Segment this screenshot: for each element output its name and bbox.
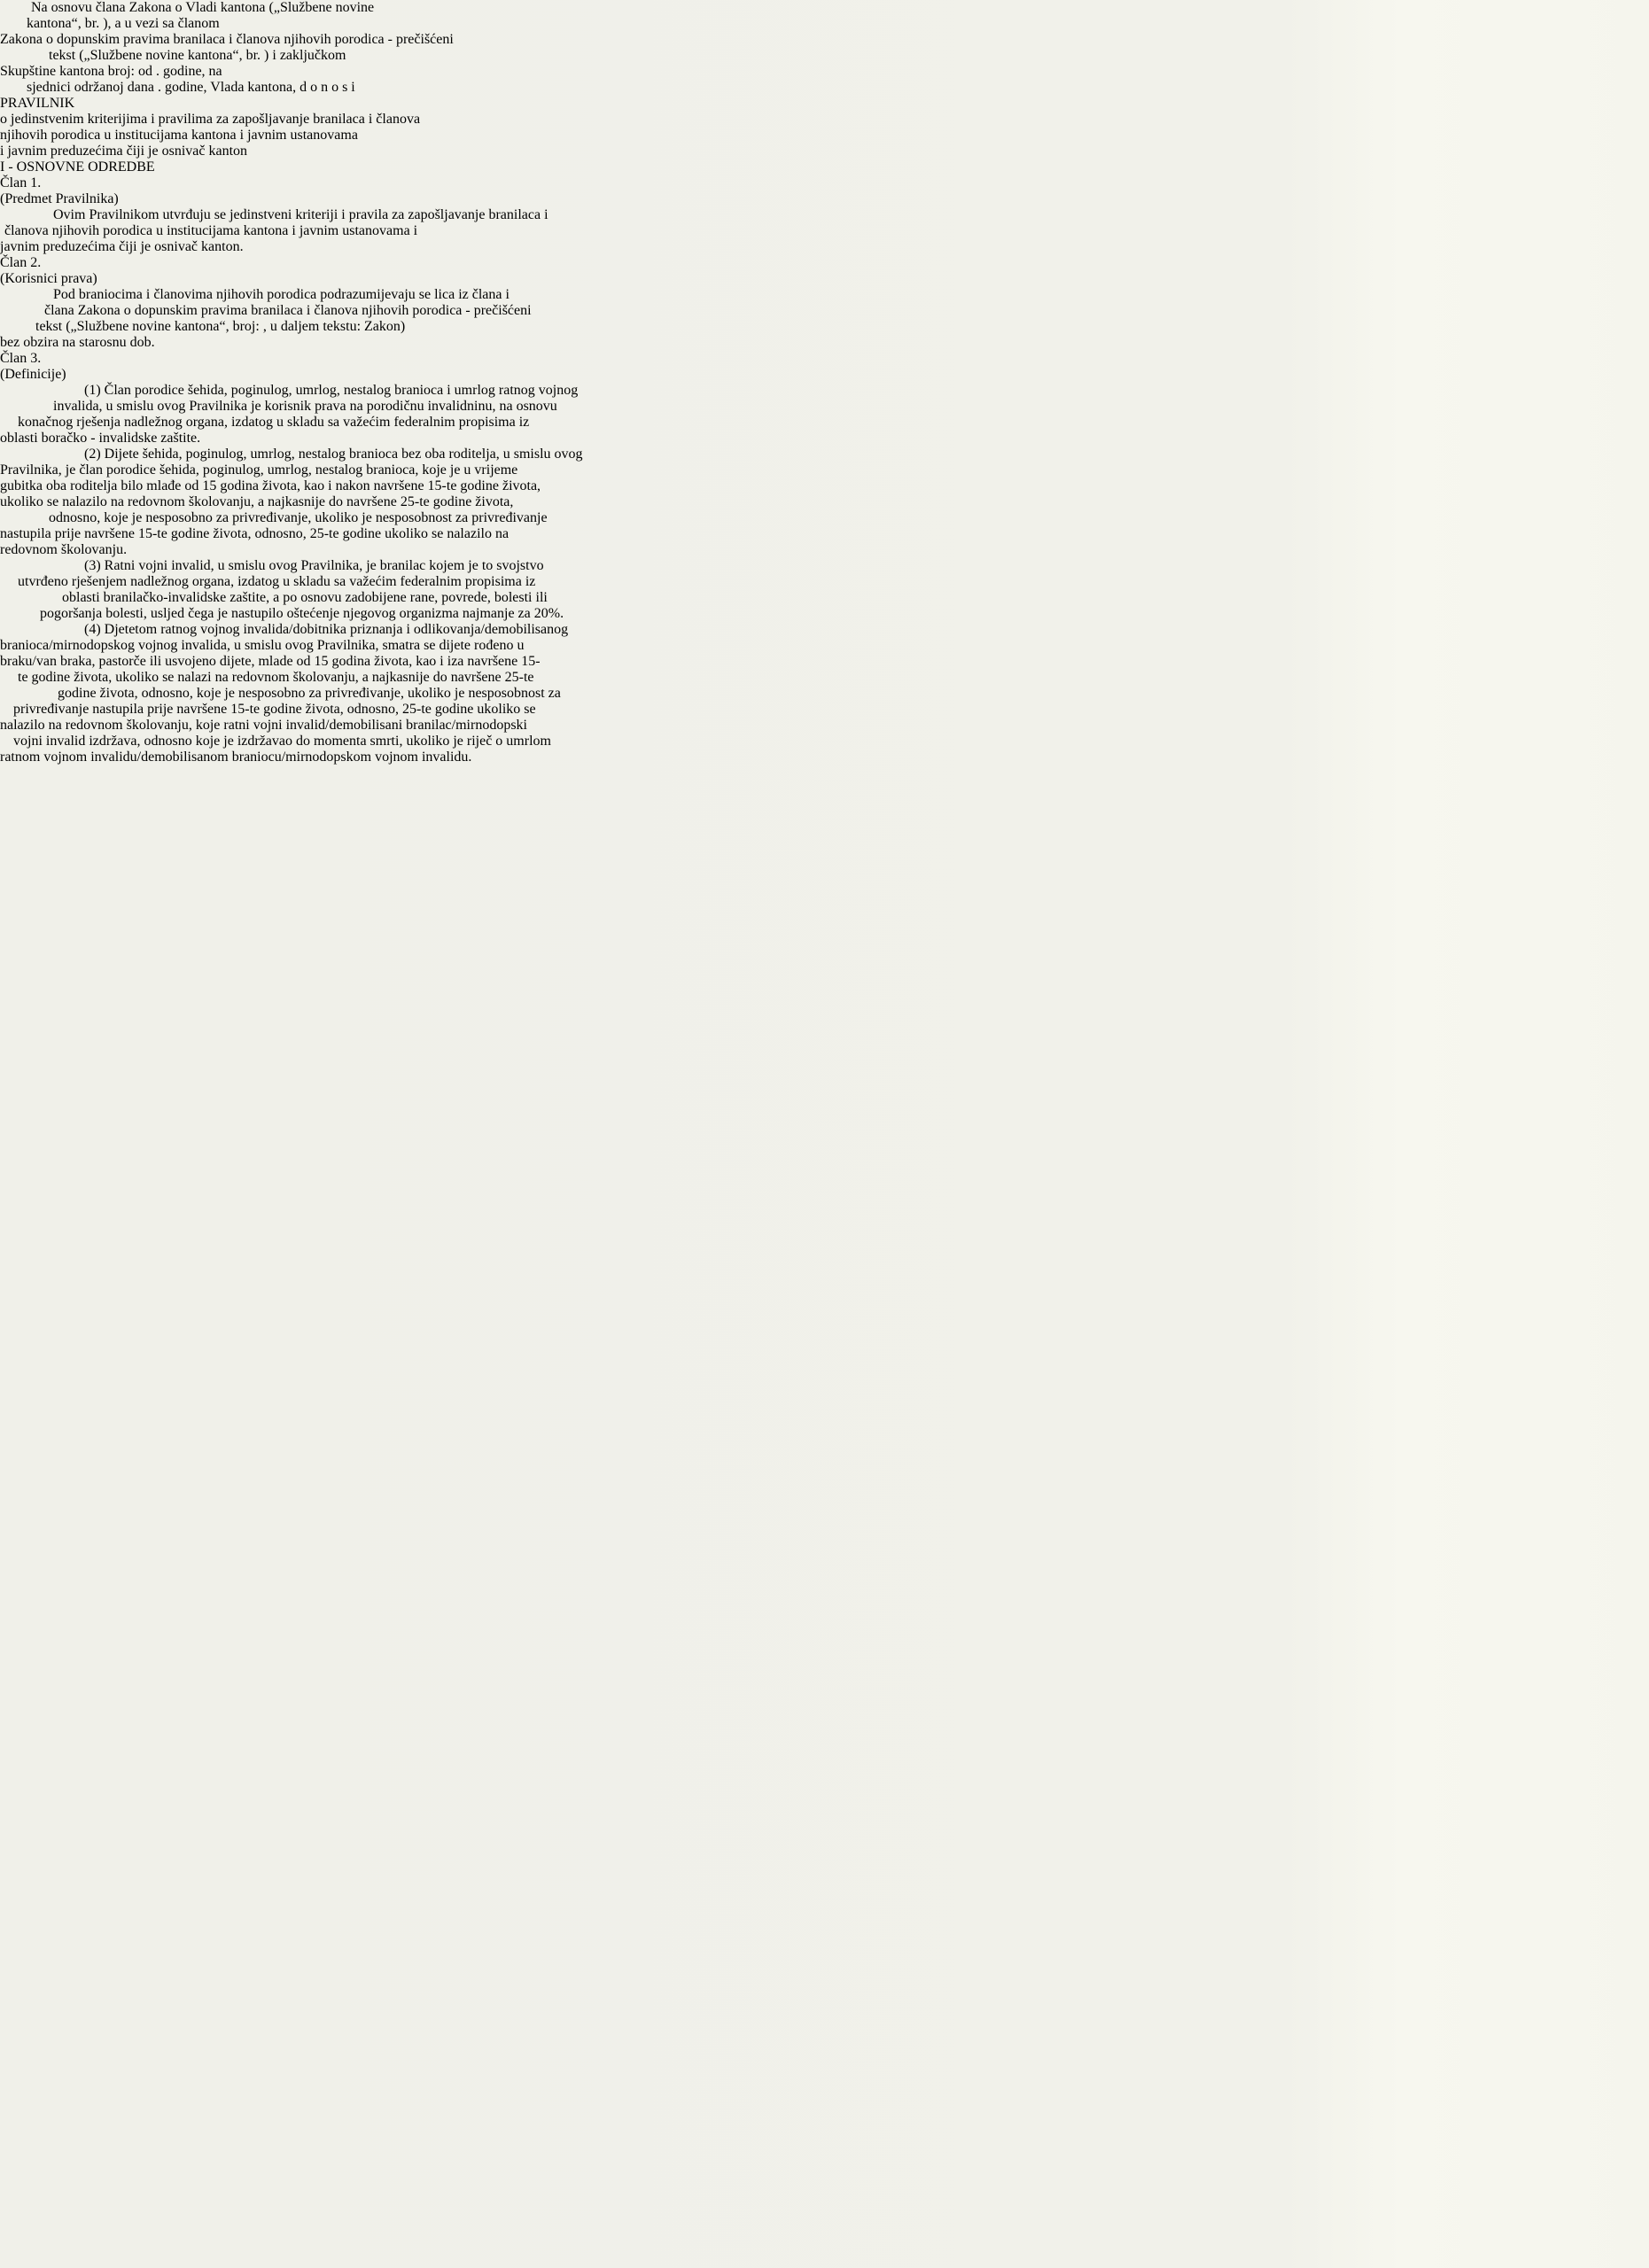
text-run: invalida, u smislu ovog Pravilnika je ko… (53, 399, 557, 414)
text-run: redovnom školovanju. (0, 542, 127, 557)
text-run: Zakona o dopunskim pravima branilaca i č… (0, 32, 454, 47)
text-run: i javnim preduzećima čiji je osnivač (0, 144, 208, 159)
text-line: člana Zakona o dopunskim pravima branila… (0, 303, 1232, 319)
text-run: njihovih porodica u institucijama (0, 128, 191, 143)
article-1-number: Član 1. (0, 175, 1649, 191)
section-heading-osnovne-odredbe: I - OSNOVNE ODREDBE (0, 159, 1649, 175)
text-line: odnosno, koje je nesposobno za privređiv… (0, 510, 1232, 526)
text-line: redovnom školovanju. (0, 542, 1232, 558)
text-run: bez obzira na starosnu dob. (0, 335, 155, 350)
text-run: članova njihovih porodica u institucijam… (4, 223, 244, 238)
text-line: Skupštine kantona broj: od . godine, na (0, 64, 1276, 80)
text-run: Pravilnika, je član porodice šehida, pog… (0, 462, 517, 478)
text-run: kantona i javnim ustanovama (191, 128, 358, 143)
text-line: (3) Ratni vojni invalid, u smislu ovog P… (0, 558, 1232, 574)
text-run: kantona, d o n o s i (247, 80, 354, 95)
text-run: pogoršanja bolesti, usljed čega je nastu… (40, 606, 564, 621)
text-run: kanton. (201, 239, 244, 254)
text-run: (3) Ratni vojni invalid, u smislu ovog P… (84, 558, 544, 573)
article-2-paragraph: Pod braniocima i članovima njihovih poro… (0, 287, 1232, 351)
document-subtitle: o jedinstvenim kriterijima i pravilima z… (0, 112, 1649, 159)
text-run: sjednici održanoj dana (27, 80, 158, 95)
text-run: Ovim Pravilnikom utvrđuju se jedinstveni… (53, 207, 548, 222)
text-run: ), a u vezi sa članom (103, 16, 220, 31)
text-line: Ovim Pravilnikom utvrđuju se jedinstveni… (0, 207, 1232, 223)
text-run: kanton (208, 144, 247, 159)
text-run: oblasti branilačko-invalidske zaštite, a… (62, 590, 548, 605)
text-line: Zakona o dopunskim pravima branilaca i č… (0, 32, 1276, 48)
text-run: (2) Dijete šehida, poginulog, umrlog, ne… (84, 447, 583, 462)
document-content: Na osnovu člana Zakona o Vladi kantona (… (0, 0, 1649, 765)
scanned-page: Na osnovu člana Zakona o Vladi kantona (… (0, 0, 1649, 2268)
text-line: pogoršanja bolesti, usljed čega je nastu… (0, 606, 1232, 622)
text-line: Pravilnika, je član porodice šehida, pog… (0, 462, 1232, 478)
text-run: odnosno, koje je nesposobno za privređiv… (49, 510, 548, 525)
text-run: tekst („Službene novine (49, 48, 188, 63)
article-3-paragraph-2: (2) Dijete šehida, poginulog, umrlog, ne… (0, 447, 1232, 558)
text-run: Skupštine (0, 64, 59, 79)
text-run: Zakona o Vladi (129, 0, 221, 15)
article-3-paragraph-4: (4) Djetetom ratnog vojnog invalida/dobi… (0, 622, 1232, 765)
text-line: o jedinstvenim kriterijima i pravilima z… (0, 112, 1649, 128)
text-line: utvrđeno rješenjem nadležnog organa, izd… (0, 574, 1232, 590)
text-line: privređivanje nastupila prije navršene 1… (0, 702, 1232, 718)
text-line: invalida, u smislu ovog Pravilnika je ko… (0, 399, 1232, 415)
text-run: godine života, odnosno, koje je nesposob… (58, 686, 561, 701)
text-run: člana (44, 303, 78, 318)
text-line: njihovih porodica u institucijama kanton… (0, 128, 1649, 144)
text-run: Pod braniocima i članovima njihovih poro… (53, 287, 506, 302)
article-3-paragraph-1: (1) Član porodice šehida, poginulog, umr… (0, 383, 1232, 447)
text-line: (4) Djetetom ratnog vojnog invalida/dobi… (0, 622, 1232, 638)
text-run: ratnom vojnom invalidu/demobilisanom bra… (0, 750, 471, 765)
text-run: kantona broj: (59, 64, 138, 79)
text-run: Zakona o dopunskim pravima branilaca i č… (78, 303, 532, 318)
text-line: Na osnovu člana Zakona o Vladi kantona (… (0, 0, 1276, 16)
text-line: članova njihovih porodica u institucijam… (0, 223, 1232, 239)
text-run: i (506, 287, 509, 302)
text-line: ukoliko se nalazilo na redovnom školovan… (0, 494, 1232, 510)
text-run: ukoliko se nalazilo na redovnom školovan… (0, 494, 513, 509)
text-line: vojni invalid izdržava, odnosno koje je … (0, 734, 1232, 750)
text-run: oblasti boračko - invalidske zaštite. (0, 431, 200, 446)
text-run: kantona“, broj: (175, 319, 263, 334)
text-run: kantona“, br. (188, 48, 264, 63)
text-line: javnim preduzećima čiji je osnivač kanto… (0, 239, 1232, 255)
text-run: kantona („Službene novine (221, 0, 374, 15)
text-run: . godine, Vlada (158, 80, 247, 95)
text-line: Pod braniocima i članovima njihovih poro… (0, 287, 1232, 303)
article-2-name: (Korisnici prava) (0, 271, 1649, 287)
article-3-name: (Definicije) (0, 367, 1649, 383)
text-line: oblasti branilačko-invalidske zaštite, a… (0, 590, 1232, 606)
text-line: nalazilo na redovnom školovanju, koje ra… (0, 718, 1232, 734)
text-line: (1) Član porodice šehida, poginulog, umr… (0, 383, 1232, 399)
article-1-paragraph: Ovim Pravilnikom utvrđuju se jedinstveni… (0, 207, 1232, 255)
text-run: (1) Član porodice šehida, poginulog, umr… (84, 383, 578, 398)
text-line: i javnim preduzećima čiji je osnivač kan… (0, 144, 1649, 159)
text-line: godine života, odnosno, koje je nesposob… (0, 686, 1232, 702)
text-line: nastupila prije navršene 15-te godine ži… (0, 526, 1232, 542)
text-run: tekst („Službene novine (35, 319, 175, 334)
text-line: oblasti boračko - invalidske zaštite. (0, 431, 1232, 447)
text-line: (2) Dijete šehida, poginulog, umrlog, ne… (0, 447, 1232, 462)
document-title: PRAVILNIK (0, 96, 1649, 112)
article-1-name: (Predmet Pravilnika) (0, 191, 1649, 207)
text-run: javnim preduzećima čiji je osnivač (0, 239, 201, 254)
text-line: te godine života, ukoliko se nalazi na r… (0, 670, 1232, 686)
text-line: braku/van braka, pastorče ili usvojeno d… (0, 654, 1232, 670)
text-run: od (138, 64, 156, 79)
text-run: . godine, na (156, 64, 222, 79)
text-line: tekst („Službene novine kantona“, br. ) … (0, 48, 1276, 64)
text-run: gubitka oba roditelja bilo mlađe od 15 g… (0, 478, 541, 493)
text-run: privređivanje nastupila prije navršene 1… (13, 702, 536, 717)
text-line: kantona“, br. ), a u vezi sa članom (0, 16, 1276, 32)
article-3-number: Član 3. (0, 351, 1649, 367)
text-run: (4) Djetetom ratnog vojnog invalida/dobi… (84, 622, 568, 637)
text-run: te godine života, ukoliko se nalazi na r… (18, 670, 534, 685)
text-line: konačnog rješenja nadležnog organa, izda… (0, 415, 1232, 431)
text-run: kantona i javnim ustanovama i (244, 223, 417, 238)
text-line: sjednici održanoj dana . godine, Vlada k… (0, 80, 1276, 96)
text-run: o jedinstvenim kriterijima i pravilima z… (0, 112, 420, 127)
text-run: ) i zaključkom (264, 48, 346, 63)
text-run: vojni invalid izdržava, odnosno koje je … (13, 734, 551, 749)
text-run: , u daljem tekstu: Zakon) (263, 319, 405, 334)
text-line: ratnom vojnom invalidu/demobilisanom bra… (0, 750, 1232, 765)
intro-paragraph: Na osnovu člana Zakona o Vladi kantona (… (0, 0, 1276, 96)
text-line: bez obzira na starosnu dob. (0, 335, 1232, 351)
text-line: gubitka oba roditelja bilo mlađe od 15 g… (0, 478, 1232, 494)
article-3-paragraph-3: (3) Ratni vojni invalid, u smislu ovog P… (0, 558, 1232, 622)
text-run: nastupila prije navršene 15-te godine ži… (0, 526, 509, 541)
text-line: tekst („Službene novine kantona“, broj: … (0, 319, 1232, 335)
text-run: utvrđeno rješenjem nadležnog organa, izd… (18, 574, 535, 589)
text-run: branioca/mirnodopskog vojnog invalida, u… (0, 638, 524, 653)
text-line: branioca/mirnodopskog vojnog invalida, u… (0, 638, 1232, 654)
text-run: kantona“, br. (27, 16, 103, 31)
text-run: braku/van braka, pastorče ili usvojeno d… (0, 654, 541, 669)
text-run: konačnog rješenja nadležnog organa, izda… (18, 415, 529, 430)
text-run: nalazilo na redovnom školovanju, koje ra… (0, 718, 527, 733)
text-run: Na osnovu člana (31, 0, 129, 15)
article-2-number: Član 2. (0, 255, 1649, 271)
